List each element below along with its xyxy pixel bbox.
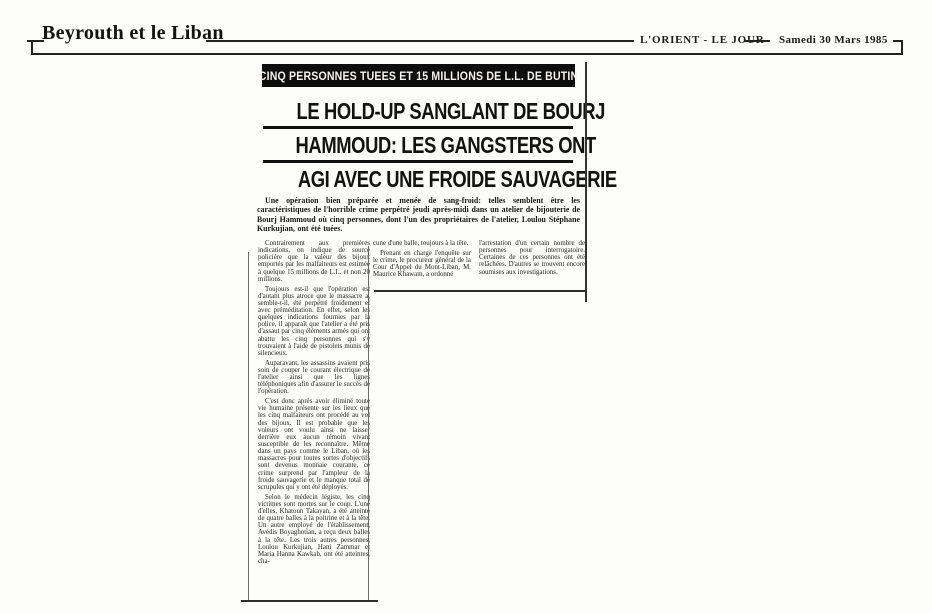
column-left: Contrairement aux premières indications,… — [258, 240, 370, 568]
headline-line-2: HAMMOUD: LES GANGSTERS ONT — [258, 132, 578, 159]
paragraph: Selon le médecin légiste, les cinq victi… — [258, 494, 370, 566]
paragraph: C'est donc après avoir éliminé toute vie… — [258, 398, 370, 491]
column-separator-rule — [368, 246, 369, 601]
header-rule-dash-mid — [744, 40, 770, 42]
paragraph: Toujours est-il que l'opération est d'au… — [258, 286, 370, 358]
headline-line-1: LE HOLD-UP SANGLANT DE BOURJ — [258, 98, 578, 125]
headline-rule-2 — [263, 160, 573, 163]
header-rule-main — [206, 40, 634, 42]
article-right-edge-rule — [585, 62, 587, 302]
headline-line-3: AGI AVEC UNE FROIDE SAUVAGERIE — [258, 166, 578, 193]
paragraph: Prenant en charge l'enquête sur le crime… — [373, 250, 471, 279]
paragraph: Auparavant, les assassins avaient pris s… — [258, 360, 370, 396]
section-title: Beyrouth et le Liban — [42, 22, 224, 45]
column-middle: cune d'une balle, toujours à la tête. Pr… — [373, 240, 471, 281]
column-left-bottom-rule — [241, 600, 378, 602]
header-rule-dash-left — [27, 40, 44, 42]
headline-rule-1 — [263, 126, 573, 129]
header-corner-left — [31, 40, 33, 54]
paragraph: l'arrestation d'un certain nombre de per… — [479, 240, 585, 276]
header-rule-bottom — [31, 53, 903, 55]
paragraph: Contrairement aux premières indications,… — [258, 240, 370, 283]
paragraph: cune d'une balle, toujours à la tête. — [373, 240, 471, 247]
column-right: l'arrestation d'un certain nombre de per… — [479, 240, 585, 278]
article-end-rule — [374, 290, 586, 292]
kicker-text: CINQ PERSONNES TUEES ET 15 MILLIONS DE L… — [259, 69, 579, 83]
issue-date: Samedi 30 Mars 1985 — [779, 34, 888, 46]
header-corner-right — [901, 40, 903, 54]
column-left-edge-rule — [248, 252, 249, 601]
kicker-banner: CINQ PERSONNES TUEES ET 15 MILLIONS DE L… — [262, 64, 575, 87]
newspaper-page: Beyrouth et le Liban L'ORIENT - LE JOUR … — [0, 0, 932, 613]
lead-paragraph: Une opération bien préparée et menée de … — [257, 196, 580, 233]
